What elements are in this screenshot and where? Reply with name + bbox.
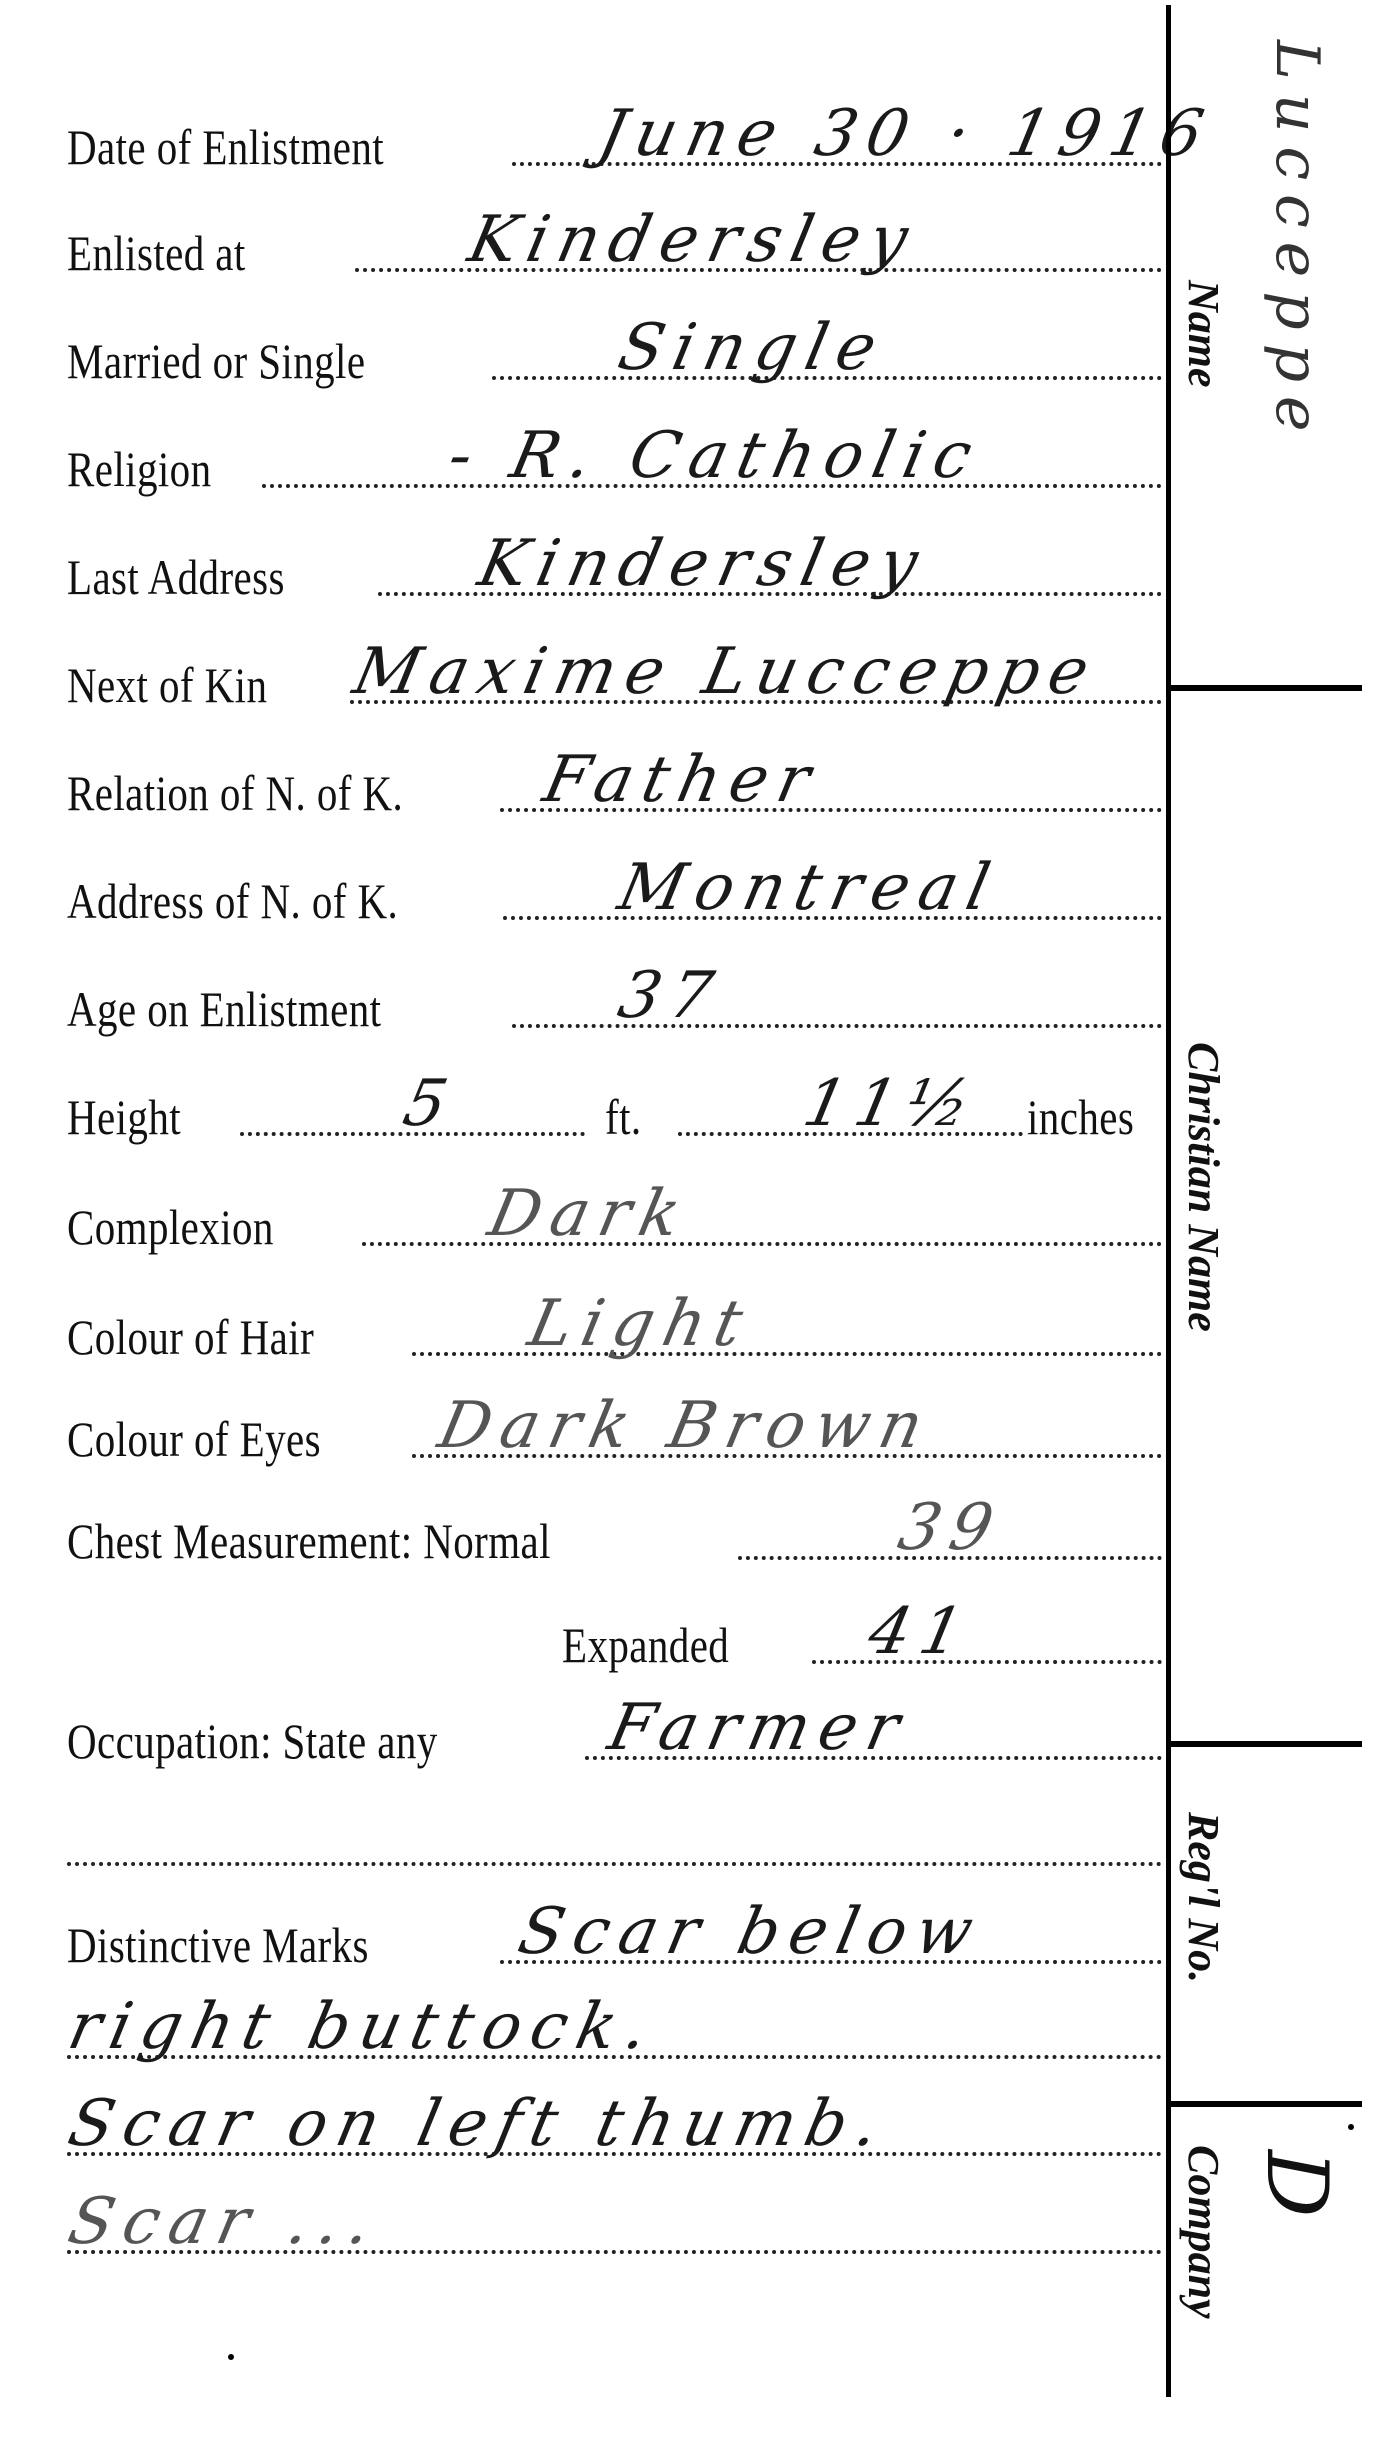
company-label: Company (1178, 2145, 1228, 2319)
field-label: Height (67, 1092, 181, 1142)
field-value: Dark Brown (433, 1394, 938, 1458)
field-label: Married or Single (67, 336, 365, 386)
field-address-of-next-of-kin: Address of N. of K. Montreal (0, 866, 1170, 926)
field-height: Height 5 ft. 11½ inches (0, 1082, 1170, 1142)
field-value: Kindersley (473, 532, 933, 596)
field-value: - R. Catholic (443, 424, 987, 488)
field-chest-expanded: Expanded 41 (0, 1610, 1170, 1670)
field-value: Dark (483, 1182, 695, 1246)
field-last-address: Last Address Kindersley (0, 542, 1170, 602)
field-label: Relation of N. of K. (67, 768, 403, 818)
surname-value: Lucceppe (1262, 40, 1332, 446)
field-label: Occupation: State any (67, 1716, 438, 1766)
field-label: Enlisted at (67, 228, 246, 278)
field-label: Distinctive Marks (67, 1920, 369, 1970)
field-colour-of-hair: Colour of Hair Light (0, 1302, 1170, 1362)
name-label: Name (1178, 280, 1228, 388)
field-value: Maxime Lucceppe (348, 640, 1104, 704)
field-chest-normal: Chest Measurement: Normal 39 (0, 1506, 1170, 1566)
field-value: Scar ... (63, 2190, 386, 2254)
field-value: Scar on left thumb. (63, 2092, 894, 2156)
field-value: 41 (863, 1600, 978, 1664)
section-divider-regtl-no (1168, 2101, 1362, 2107)
field-value: Kindersley (463, 208, 923, 272)
attestation-card: Date of Enlistment June 30 · 1916 Enlist… (0, 0, 1382, 2458)
field-label: Colour of Hair (67, 1312, 314, 1362)
field-age-on-enlistment: Age on Enlistment 37 (0, 974, 1170, 1034)
field-relation-of-next-of-kin: Relation of N. of K. Father (0, 758, 1170, 818)
field-label: Chest Measurement: Normal (67, 1516, 551, 1566)
field-occupation: Occupation: State any Farmer (0, 1706, 1170, 1766)
field-label: Date of Enlistment (67, 122, 384, 172)
ink-dot (228, 2354, 234, 2360)
field-value: Montreal (613, 856, 1005, 920)
section-divider-name (1168, 685, 1362, 691)
distinctive-marks-line-2: right buttock. (0, 2005, 1170, 2065)
field-value: Light (523, 1292, 757, 1356)
field-value: right buttock. (63, 1995, 663, 2059)
field-value: 39 (893, 1496, 1008, 1560)
ink-dot (1348, 2124, 1354, 2130)
field-distinctive-marks: Distinctive Marks Scar below (0, 1910, 1170, 1970)
field-value: Scar below (513, 1900, 988, 1964)
regtl-no-label: Reg'l No. (1178, 1812, 1228, 1983)
field-enlisted-at: Enlisted at Kindersley (0, 218, 1170, 278)
field-colour-of-eyes: Colour of Eyes Dark Brown (0, 1404, 1170, 1464)
dotted-leader (512, 1024, 1162, 1028)
column-divider (1166, 5, 1171, 2397)
field-label: Next of Kin (67, 660, 267, 710)
dotted-leader (67, 1862, 1162, 1866)
company-value: D (1248, 2150, 1346, 2231)
distinctive-marks-line-4: Scar ... (0, 2200, 1170, 2260)
height-feet-value: 5 (398, 1072, 462, 1136)
field-complexion: Complexion Dark (0, 1192, 1170, 1252)
field-date-of-enlistment: Date of Enlistment June 30 · 1916 (0, 112, 1170, 172)
height-inches-value: 11½ (798, 1072, 985, 1136)
height-inches-unit: inches (1027, 1092, 1134, 1142)
field-married-or-single: Married or Single Single (0, 326, 1170, 386)
field-value: Father (538, 748, 825, 812)
distinctive-marks-line-3: Scar on left thumb. (0, 2102, 1170, 2162)
field-label: Colour of Eyes (67, 1414, 321, 1464)
dotted-leader (362, 1242, 1162, 1246)
field-label: Last Address (67, 552, 285, 602)
field-value: June 30 · 1916 (593, 102, 1218, 166)
field-label: Age on Enlistment (67, 984, 381, 1034)
section-divider-christian-name (1168, 1741, 1362, 1747)
field-label: Religion (67, 444, 211, 494)
field-occupation-continued (0, 1812, 1170, 1872)
field-value: Single (613, 316, 891, 380)
field-value: Farmer (603, 1696, 915, 1760)
christian-name-label: Christian Name (1178, 1042, 1228, 1332)
field-religion: Religion - R. Catholic (0, 434, 1170, 494)
height-feet-unit: ft. (605, 1092, 642, 1142)
field-label: Complexion (67, 1202, 274, 1252)
field-label: Expanded (562, 1620, 729, 1670)
field-label: Address of N. of K. (67, 876, 398, 926)
field-value: 37 (613, 964, 728, 1028)
field-next-of-kin: Next of Kin Maxime Lucceppe (0, 650, 1170, 710)
